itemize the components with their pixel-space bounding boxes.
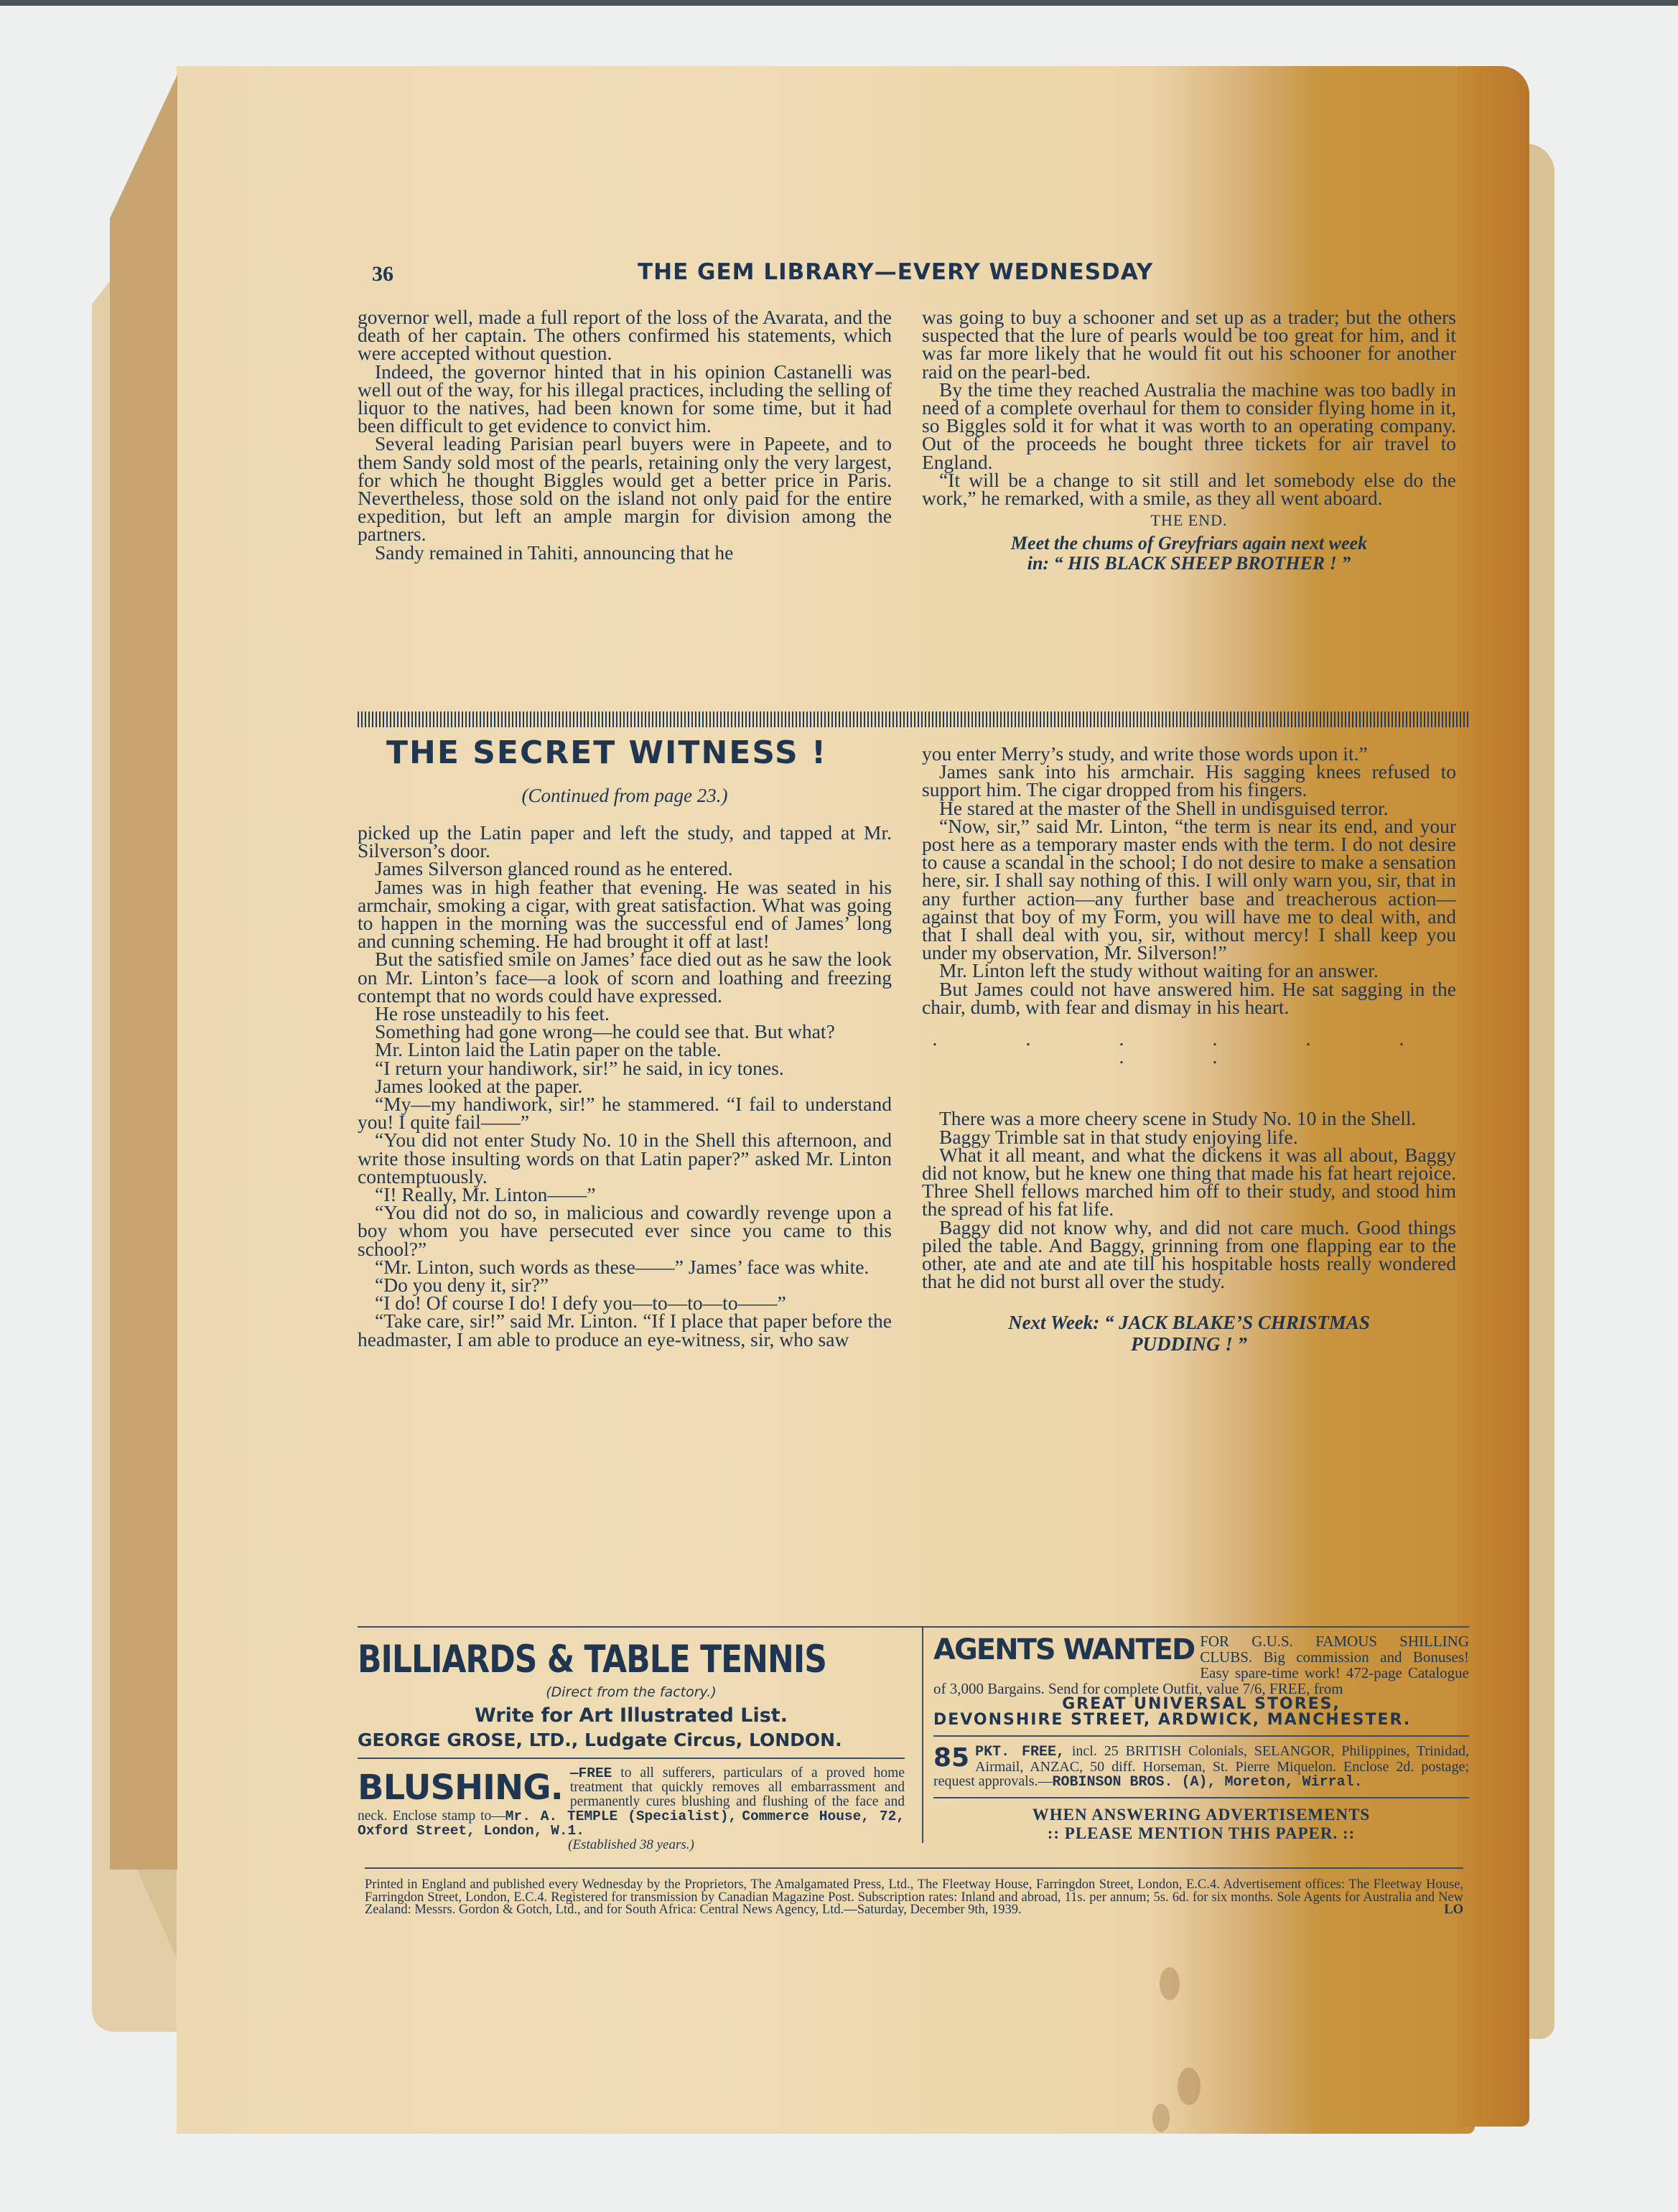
page-number: 36 [372,262,393,286]
paragraph: was going to buy a schooner and set up a… [922,308,1456,381]
billiards-cta: Write for Art Illustrated List. [358,1704,905,1727]
paragraph: Sandy remained in Tahiti, announcing tha… [358,543,892,561]
agents-headline: AGENTS WANTED [933,1633,1194,1666]
paragraph: Indeed, the governor hinted that in his … [358,363,892,435]
blushing-ad: BLUSHING. —FREE to all sufferers, partic… [358,1766,905,1852]
promo-line: Meet the chums of Greyfriars again next … [922,533,1456,554]
answering-line: :: PLEASE MENTION THIS PAPER. :: [933,1824,1469,1843]
divider [933,1797,1469,1798]
divider [933,1735,1469,1737]
ads-right: AGENTS WANTED FOR G.U.S. FAMOUS SHILLING… [922,1628,1469,1843]
imprint: Printed in England and published every W… [365,1867,1463,1917]
continued-note: (Continued from page 23.) [358,785,892,807]
agents-address: DEVONSHIRE STREET, ARDWICK, MANCHESTER. [933,1712,1469,1728]
paragraph: Mr. Linton laid the Latin paper on the t… [358,1040,892,1058]
billiards-address: GEORGE GROSE, LTD., Ludgate Circus, LOND… [358,1730,905,1750]
paragraph: James sank into his armchair. His saggin… [922,762,1456,798]
paragraph: What it all meant, and what the dickens … [922,1146,1456,1218]
imprint-text: Printed in England and published every W… [365,1877,1463,1917]
scene-break: . . . . . . . . [922,1030,1456,1066]
divider [358,1758,905,1759]
advertisements: BILLIARDS & TABLE TENNIS (Direct from th… [358,1626,1469,1628]
imprint-code: LO [1444,1904,1463,1917]
teaser-line: PUDDING ! ” [922,1333,1456,1355]
stain [1178,2068,1201,2105]
paragraph: James was in high feather that evening. … [358,878,892,951]
ads-left: BILLIARDS & TABLE TENNIS (Direct from th… [358,1628,905,1852]
billiards-sub: (Direct from the factory.) [358,1684,905,1700]
paragraph: “My—my handiwork, sir!” he stammered. “I… [358,1095,892,1131]
paragraph: But James could not have answered him. H… [922,980,1456,1016]
masthead: THE GEM LIBRARY—EVERY WEDNESDAY [638,259,1153,285]
paragraph: picked up the Latin paper and left the s… [358,823,892,859]
stain [1152,2104,1170,2132]
agents-ad: AGENTS WANTED FOR G.U.S. FAMOUS SHILLING… [933,1633,1469,1728]
paragraph: By the time they reached Australia the m… [922,381,1456,471]
paragraph: “Take care, sir!” said Mr. Linton. “If I… [358,1312,892,1348]
paragraph: “It will be a change to sit still and le… [922,471,1456,507]
blushing-established: (Established 38 years.) [358,1838,905,1852]
blushing-lead: —FREE [570,1765,612,1781]
section-divider [358,711,1469,727]
next-week-teaser: Next Week: “ JACK BLAKE’S CHRISTMAS PUDD… [922,1312,1456,1355]
answering-line: WHEN ANSWERING ADVERTISEMENTS [933,1806,1469,1824]
paragraph: “You did not do so, in malicious and cow… [358,1203,892,1258]
answering-notice: WHEN ANSWERING ADVERTISEMENTS :: PLEASE … [933,1806,1469,1843]
stamps-seller: ROBINSON BROS. (A), Moreton, Wirral. [1053,1774,1363,1791]
next-week-promo: Meet the chums of Greyfriars again next … [922,533,1456,574]
page-header: 36 THE GEM LIBRARY—EVERY WEDNESDAY [358,255,1469,291]
teaser-line: Next Week: “ JACK BLAKE’S CHRISTMAS [922,1312,1456,1333]
paragraph: Mr. Linton left the study without waitin… [922,961,1456,979]
stamps-lead: PKT. FREE, [975,1744,1065,1760]
page-content: 36 THE GEM LIBRARY—EVERY WEDNESDAY gover… [358,255,1469,291]
stain [1160,1967,1180,2000]
story-left-column: picked up the Latin paper and left the s… [358,823,892,1348]
paragraph: There was a more cheery scene in Study N… [922,1109,1456,1127]
blushing-headline: BLUSHING. [358,1766,563,1809]
story-right-column: you enter Merry’s study, and write those… [922,745,1456,1355]
paragraph: “Now, sir,” said Mr. Linton, “the term i… [922,817,1456,962]
agents-company: GREAT UNIVERSAL STORES, [933,1697,1469,1712]
promo-line: in: “ HIS BLACK SHEEP BROTHER ! ” [922,554,1456,574]
paragraph: “You did not enter Study No. 10 in the S… [358,1131,892,1185]
scanner-edge [0,0,1678,6]
paragraph: governor well, made a full report of the… [358,308,892,363]
blushing-name: Mr. A. TEMPLE (Specialist), [505,1809,737,1824]
the-end: THE END. [922,511,1456,529]
binding-tape-left [110,75,177,1870]
paragraph: Baggy did not know why, and did not care… [922,1218,1456,1291]
stamps-ad: 85 PKT. FREE, incl. 25 BRITISH Colonials… [933,1744,1469,1790]
stamps-number: 85 [933,1744,969,1773]
paragraph: Several leading Parisian pearl buyers we… [358,434,892,543]
story-title: THE SECRET WITNESS ! [386,734,827,771]
biggles-right-column: was going to buy a schooner and set up a… [922,308,1456,574]
paragraph: But the satisfied smile on James’ face d… [358,950,892,1004]
paragraph: James Silverson glanced round as he ente… [358,859,892,877]
biggles-left-column: governor well, made a full report of the… [358,308,892,561]
billiards-headline: BILLIARDS & TABLE TENNIS [358,1638,905,1681]
